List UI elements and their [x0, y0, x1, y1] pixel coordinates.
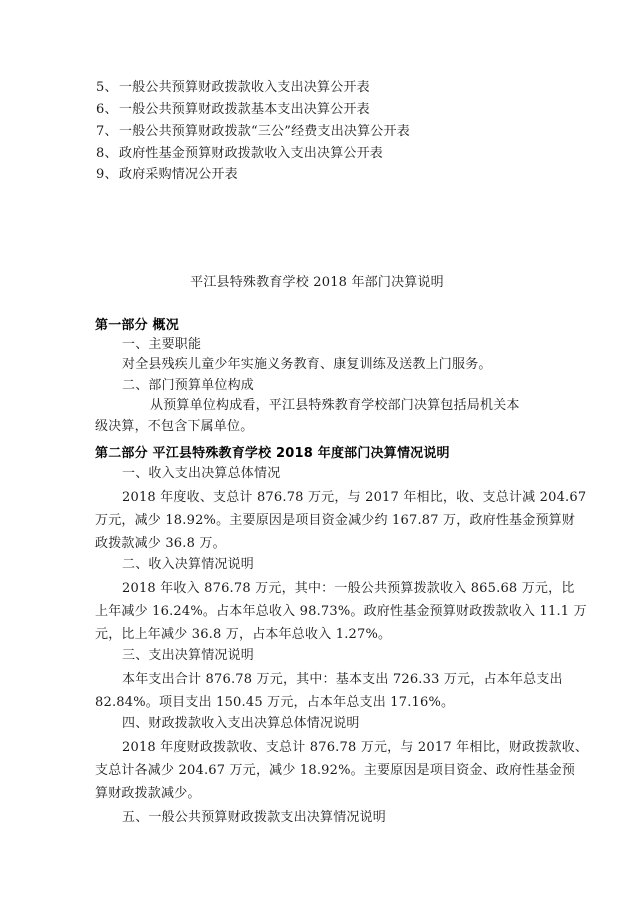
paragraph-line: 从预算单位构成看，平江县特殊教育学校部门决算包括局机关本	[150, 398, 520, 414]
part1-heading: 第一部分 概况	[95, 318, 179, 334]
paragraph-line: 支总计各减少 204.67 万元，减少 18.92%。主要原因是项目资金、政府性…	[95, 763, 575, 779]
section-heading: 三、支出决算情况说明	[122, 648, 254, 664]
toc-item: 7、一般公共预算财政拨款“三公”经费支出决算公开表	[96, 124, 410, 140]
section-heading: 二、收入决算情况说明	[122, 557, 254, 573]
toc-item-text: 政府采购情况公开表	[119, 167, 238, 182]
paragraph-line: 对全县残疾儿童少年实施义务教育、康复训练及送教上门服务。	[122, 357, 492, 373]
paragraph-line: 级决算，不包含下属单位。	[95, 419, 253, 435]
section-heading: 一、收入支出决算总体情况	[122, 466, 280, 482]
toc-item-number: 7、	[96, 124, 119, 140]
toc-item-number: 9、	[96, 167, 119, 183]
part2-heading: 第二部分 平江县特殊教育学校 2018 年度部门决算情况说明	[95, 446, 450, 462]
paragraph-line: 2018 年度收、支总计 876.78 万元，与 2017 年相比，收、支总计减…	[122, 490, 586, 506]
paragraph-line: 政拨款减少 36.8 万。	[95, 536, 226, 552]
toc-item: 9、政府采购情况公开表	[96, 167, 238, 183]
paragraph-line: 82.84%。项目支出 150.45 万元，占本年总支出 17.16%。	[95, 695, 454, 711]
paragraph-line: 上年减少 16.24%。占本年总收入 98.73%。政府性基金预算财政拨款收入 …	[95, 604, 587, 620]
paragraph-line: 元，比上年减少 36.8 万，占本年总收入 1.27%。	[95, 627, 391, 643]
paragraph-line: 万元，减少 18.92%。主要原因是项目资金减少约 167.87 万，政府性基金…	[95, 513, 575, 529]
paragraph-line: 2018 年度财政拨款收、支总计 876.78 万元，与 2017 年相比，财政…	[122, 740, 588, 756]
toc-item: 6、一般公共预算财政拨款基本支出决算公开表	[96, 102, 370, 118]
toc-item: 8、政府性基金预算财政拨款收入支出决算公开表	[96, 146, 383, 162]
document-title: 平江县特殊教育学校 2018 年部门决算说明	[0, 275, 634, 291]
toc-item-number: 8、	[96, 146, 119, 162]
section-heading: 四、财政拨款收入支出决算总体情况说明	[122, 716, 360, 732]
toc-item-text: 一般公共预算财政拨款基本支出决算公开表	[119, 102, 370, 117]
toc-item-number: 5、	[96, 80, 119, 96]
toc-item-number: 6、	[96, 102, 119, 118]
paragraph-line: 算财政拨款减少。	[95, 786, 201, 802]
toc-item: 5、一般公共预算财政拨款收入支出决算公开表	[96, 80, 370, 96]
toc-item-text: 政府性基金预算财政拨款收入支出决算公开表	[119, 146, 383, 161]
paragraph-line: 本年支出合计 876.78 万元，其中：基本支出 726.33 万元，占本年总支…	[122, 672, 563, 688]
section-heading: 二、部门预算单位构成	[122, 378, 254, 394]
toc-item-text: 一般公共预算财政拨款“三公”经费支出决算公开表	[119, 124, 410, 139]
section-heading: 五、一般公共预算财政拨款支出决算情况说明	[122, 810, 386, 826]
paragraph-line: 2018 年收入 876.78 万元，其中：一般公共预算拨款收入 865.68 …	[122, 581, 575, 597]
section-heading: 一、主要职能	[122, 337, 201, 353]
toc-item-text: 一般公共预算财政拨款收入支出决算公开表	[119, 80, 370, 95]
